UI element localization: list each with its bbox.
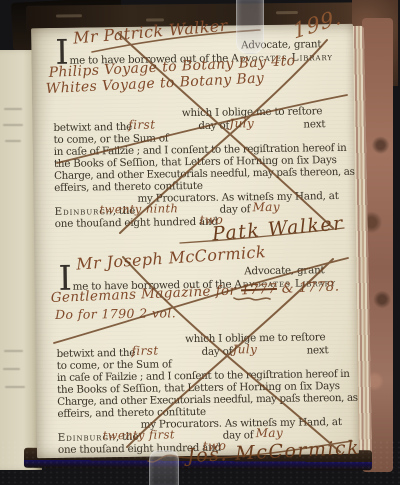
- date-month: May: [256, 426, 284, 440]
- form-line-betwixt: betwixt and the: [56, 347, 135, 360]
- form-line-advocate-grant: Advocate, grant: [214, 264, 324, 278]
- page-holder-strip-top: [236, 0, 264, 54]
- form-next: next: [306, 344, 328, 356]
- date-month: May: [252, 200, 280, 214]
- return-day: first: [128, 118, 155, 132]
- form-day-of: day of: [201, 345, 232, 357]
- date-day: twenty first: [103, 427, 175, 442]
- form-line-betwixt: betwixt and the: [53, 121, 132, 134]
- return-day: first: [131, 344, 158, 358]
- book-photo: I Mr Patrick Walker Advocate, grant me t…: [0, 0, 400, 485]
- form-line-thousand: one thouſand eight hundred and: [55, 216, 218, 230]
- date-day: twenty ninth: [99, 201, 178, 216]
- entry-joseph-mccormick: I Mr Joseph McCormick Advocate, grant me…: [34, 250, 359, 472]
- return-month: July: [232, 342, 257, 356]
- form-next: next: [303, 118, 325, 130]
- form-day-of: day of: [198, 120, 229, 132]
- page-holder-strip-bottom: [149, 450, 179, 485]
- signature: Patk Walker: [211, 212, 344, 245]
- book-title-suffix: & 1778.: [277, 278, 340, 296]
- return-month: July: [229, 116, 254, 130]
- book-title-struck-year: 1777: [241, 281, 278, 298]
- register-page: I Mr Patrick Walker Advocate, grant me t…: [31, 24, 359, 458]
- book-title-line2: Do for 1790 2 vol.: [55, 305, 176, 322]
- form-day-of: day of: [223, 429, 254, 441]
- form-day-of: day of: [219, 203, 250, 215]
- entry-patrick-walker: I Mr Patrick Walker Advocate, grant me t…: [31, 24, 356, 246]
